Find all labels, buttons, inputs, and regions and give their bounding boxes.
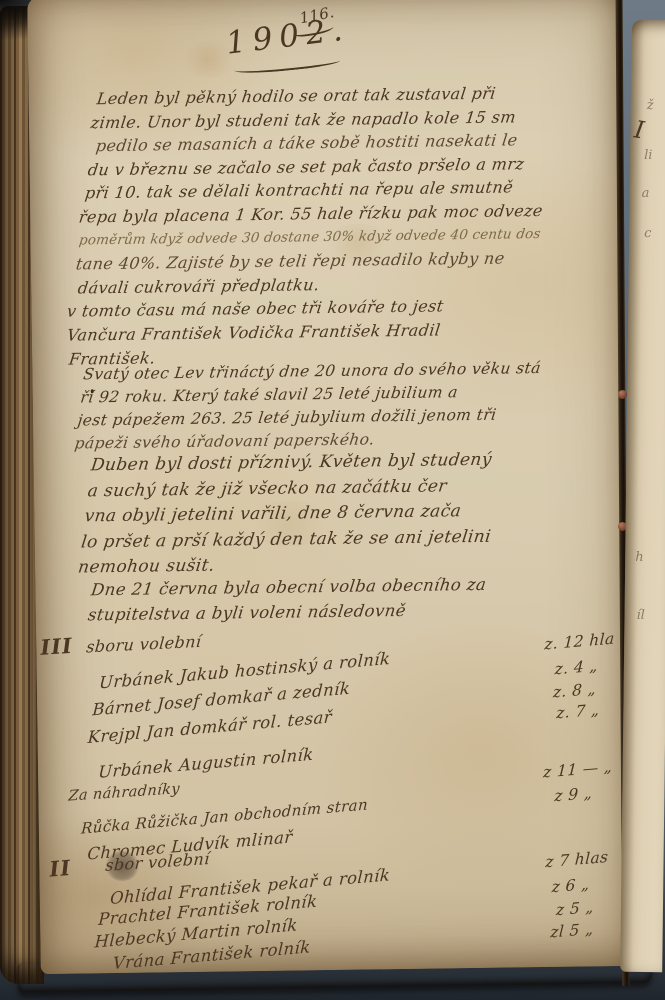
margin-numeral-iii: III [39, 633, 73, 660]
substitutes-subheading: Za náhradníky [68, 781, 181, 805]
handwriting-fragment: íl [636, 608, 645, 623]
handwriting-fragment: a [642, 186, 650, 201]
handwriting-fragment: ž [647, 98, 654, 113]
paragraph-election-announcement: Dne 21 června byla obecní volba obecního… [87, 572, 488, 628]
substitute-row-name: Růčka Růžička Jan obchodním stran [81, 795, 369, 837]
vote-count: z 7 hlas [545, 848, 609, 871]
photo-of-chronicle-book: 116. 1902. Leden byl pěkný hodilo se ora… [0, 0, 665, 1000]
manuscript-line: stupitelstva a byli voleni následovně [87, 597, 485, 628]
handwriting-fragment: c [644, 226, 651, 241]
paragraph-april-may-june: Duben byl dosti příznivý. Květen byl stu… [76, 448, 502, 581]
voter-row-name: Urbánek Augustin rolník [98, 745, 314, 782]
vote-count: z. 12 hla [544, 629, 615, 653]
section-iii-heading: sboru volební [85, 632, 202, 657]
paragraph-pope-leo-xiii: Svatý otec Lev třináctý dne 20 unora do … [73, 357, 542, 456]
vote-count: zl 5 „ [550, 920, 594, 942]
vote-count: z 6 „ [551, 875, 590, 896]
vote-count: z 11 — „ [543, 758, 613, 782]
paragraph-january-february: Leden byl pěkný hodilo se orat tak zusta… [63, 81, 560, 371]
binding-dot [618, 390, 627, 399]
vote-count: z. 8 „ [553, 680, 597, 702]
margin-numeral-i: I [632, 115, 646, 144]
vote-count: z 9 „ [554, 784, 593, 805]
vote-count: z 5 „ [556, 898, 595, 919]
handwriting-fragment: li [644, 148, 653, 163]
vote-count: z. 7 „ [556, 701, 600, 723]
vote-count: z. 4 „ [554, 657, 598, 679]
manuscript-page: 116. 1902. Leden byl pěkný hodilo se ora… [27, 0, 631, 974]
handwriting-fragment: h [635, 550, 644, 565]
opposite-page-sliver: I ž li a c h íl [620, 20, 665, 972]
margin-numeral-ii: II [48, 855, 72, 882]
year-heading: 1902. [224, 11, 351, 61]
